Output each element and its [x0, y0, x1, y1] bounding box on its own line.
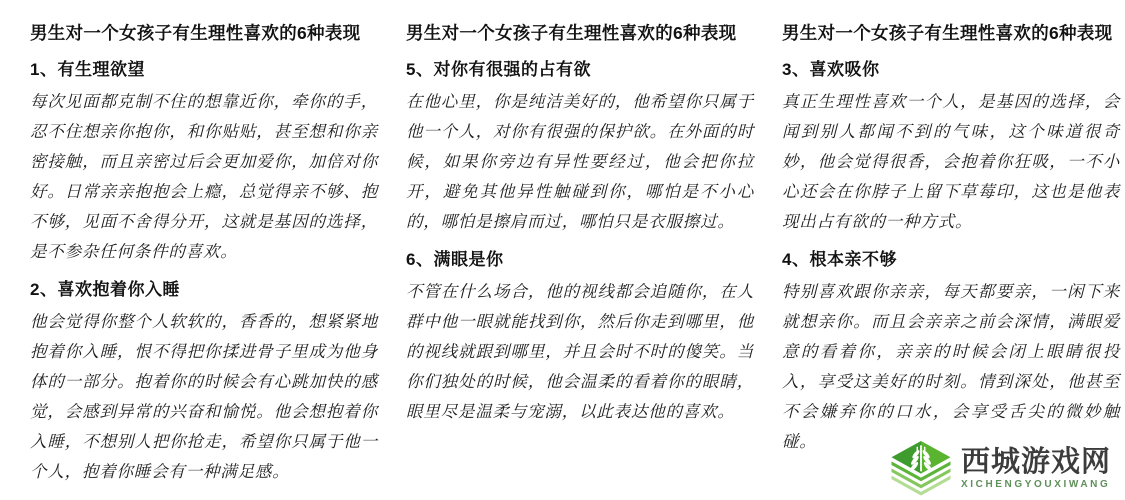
- column-title: 男生对一个女孩子有生理性喜欢的6种表现: [406, 20, 754, 47]
- site-name: 西城游戏网: [961, 447, 1111, 478]
- article-column-2: 男生对一个女孩子有生理性喜欢的6种表现 5、对你有很强的占有欲 在他心里，你是纯…: [406, 20, 754, 487]
- site-name-block: 西城游戏网 XICHENGYOUXIWANG: [961, 447, 1111, 491]
- section-body-2: 他会觉得你整个人软软的，香香的，想紧紧地抱着你入睡，恨不得把你揉进骨子里成为他身…: [30, 307, 378, 487]
- section-body-6: 不管在什么场合，他的视线都会追随你，在人群中他一眼就能找到你，然后你走到哪里，他…: [406, 277, 754, 427]
- section-heading-4: 4、根本亲不够: [782, 248, 1120, 272]
- section-heading-3: 3、喜欢吸你: [782, 58, 1120, 82]
- section-heading-5: 5、对你有很强的占有欲: [406, 58, 754, 82]
- section-body-4: 特别喜欢跟你亲亲，每天都要亲，一闲下来就想亲你。而且会亲亲之前会深情，满眼爱意的…: [782, 277, 1120, 457]
- section-body-1: 每次见面都克制不住的想靠近你，牵你的手，忍不住想亲你抱你，和你贴贴，甚至想和你亲…: [30, 87, 378, 267]
- section-heading-2: 2、喜欢抱着你入睡: [30, 278, 378, 302]
- section-heading-1: 1、有生理欲望: [30, 58, 378, 82]
- section-body-5: 在他心里，你是纯洁美好的，他希望你只属于他一个人，对你有很强的保护欲。在外面的时…: [406, 87, 754, 237]
- section-heading-6: 6、满眼是你: [406, 248, 754, 272]
- section-body-3: 真正生理性喜欢一个人，是基因的选择，会闻到别人都闻不到的气味，这个味道很奇妙，他…: [782, 87, 1120, 237]
- column-title: 男生对一个女孩子有生理性喜欢的6种表现: [30, 20, 378, 47]
- site-watermark: 西城游戏网 XICHENGYOUXIWANG: [888, 439, 1111, 498]
- article-columns: 男生对一个女孩子有生理性喜欢的6种表现 1、有生理欲望 每次见面都克制不住的想靠…: [0, 0, 1125, 487]
- article-column-3: 男生对一个女孩子有生理性喜欢的6种表现 3、喜欢吸你 真正生理性喜欢一个人，是基…: [782, 20, 1120, 487]
- article-column-1: 男生对一个女孩子有生理性喜欢的6种表现 1、有生理欲望 每次见面都克制不住的想靠…: [30, 20, 378, 487]
- column-title: 男生对一个女孩子有生理性喜欢的6种表现: [782, 20, 1120, 47]
- wheat-layers-logo-icon: [888, 439, 954, 498]
- site-name-latin: XICHENGYOUXIWANG: [961, 479, 1111, 491]
